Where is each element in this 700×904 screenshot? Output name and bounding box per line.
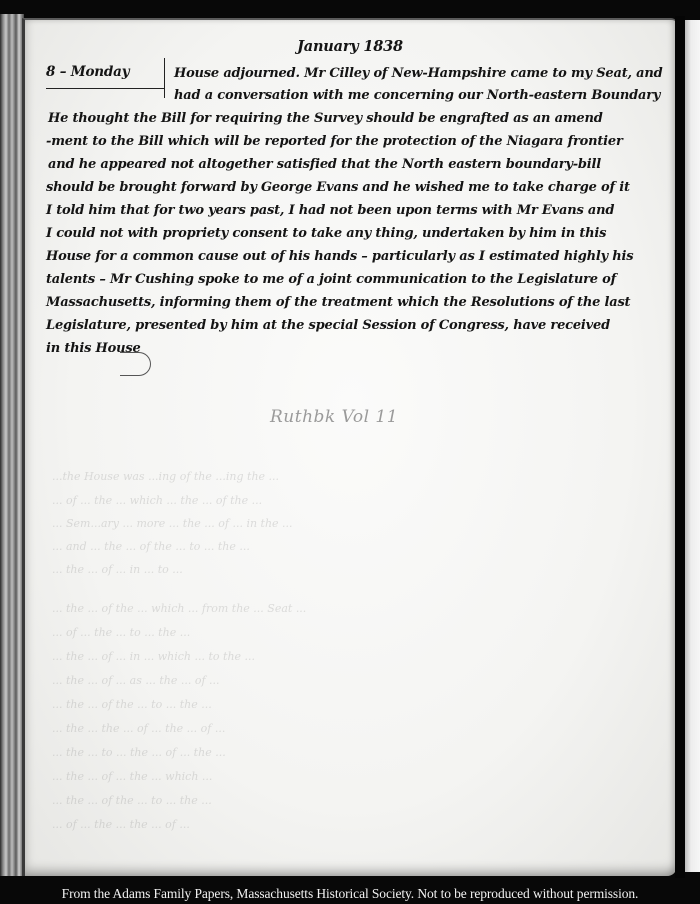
text-line: I told him that for two years past, I ha… [46,203,614,218]
text-line: and he appeared not altogether satisfied… [48,157,601,172]
bleed-line: ...the House was ...ing of the ...ing th… [52,470,676,483]
date-bracket [164,58,171,98]
bleed-line: ... the ... of ... in ... which ... to t… [52,650,676,663]
text-line: should be brought forward by George Evan… [46,180,630,195]
copyright-caption: From the Adams Family Papers, Massachuse… [0,886,700,902]
bleed-line: ... the ... of ... as ... the ... of ... [52,674,676,687]
text-line: had a conversation with me concerning ou… [174,88,660,103]
entry-date-label: 8 – Monday [46,64,164,89]
text-line: Massachusetts, informing them of the tre… [46,295,630,310]
pencil-annotation: Ruthbk Vol 11 [270,407,398,427]
bleed-line: ... of ... the ... the ... of ... [52,818,676,831]
bleed-line: ... and ... the ... of the ... to ... th… [52,540,676,553]
text-line: Legislature, presented by him at the spe… [46,318,610,333]
bleed-line: ... the ... of the ... which ... from th… [52,602,676,615]
bleed-line: ... the ... of the ... to ... the ... [52,794,676,807]
book-binding-edge [0,14,24,876]
bleed-line: ... of ... the ... which ... the ... of … [52,494,676,507]
bleed-line: ... the ... of ... the ... which ... [52,770,676,783]
page-gutter [675,16,685,878]
text-line: House for a common cause out of his hand… [46,249,633,264]
text-line: -ment to the Bill which will be reported… [46,134,623,149]
text-line: I could not with propriety consent to ta… [46,226,606,241]
bleed-line: ... of ... the ... to ... the ... [52,626,676,639]
closing-flourish [120,352,151,376]
text-line: House adjourned. Mr Cilley of New-Hampsh… [174,66,663,81]
text-line: He thought the Bill for requiring the Su… [48,111,603,126]
bleed-line: ... the ... to ... the ... of ... the ..… [52,746,676,759]
bleed-line: ... the ... of the ... to ... the ... [52,698,676,711]
bleed-line: ... the ... the ... of ... the ... of ..… [52,722,676,735]
bleed-line: ... the ... of ... in ... to ... [52,563,676,576]
page-heading: January 1838 [0,38,700,55]
text-line: talents – Mr Cushing spoke to me of a jo… [46,272,616,287]
adjacent-page-edge [685,20,700,872]
bleed-line: ... Sem...ary ... more ... the ... of ..… [52,517,676,530]
